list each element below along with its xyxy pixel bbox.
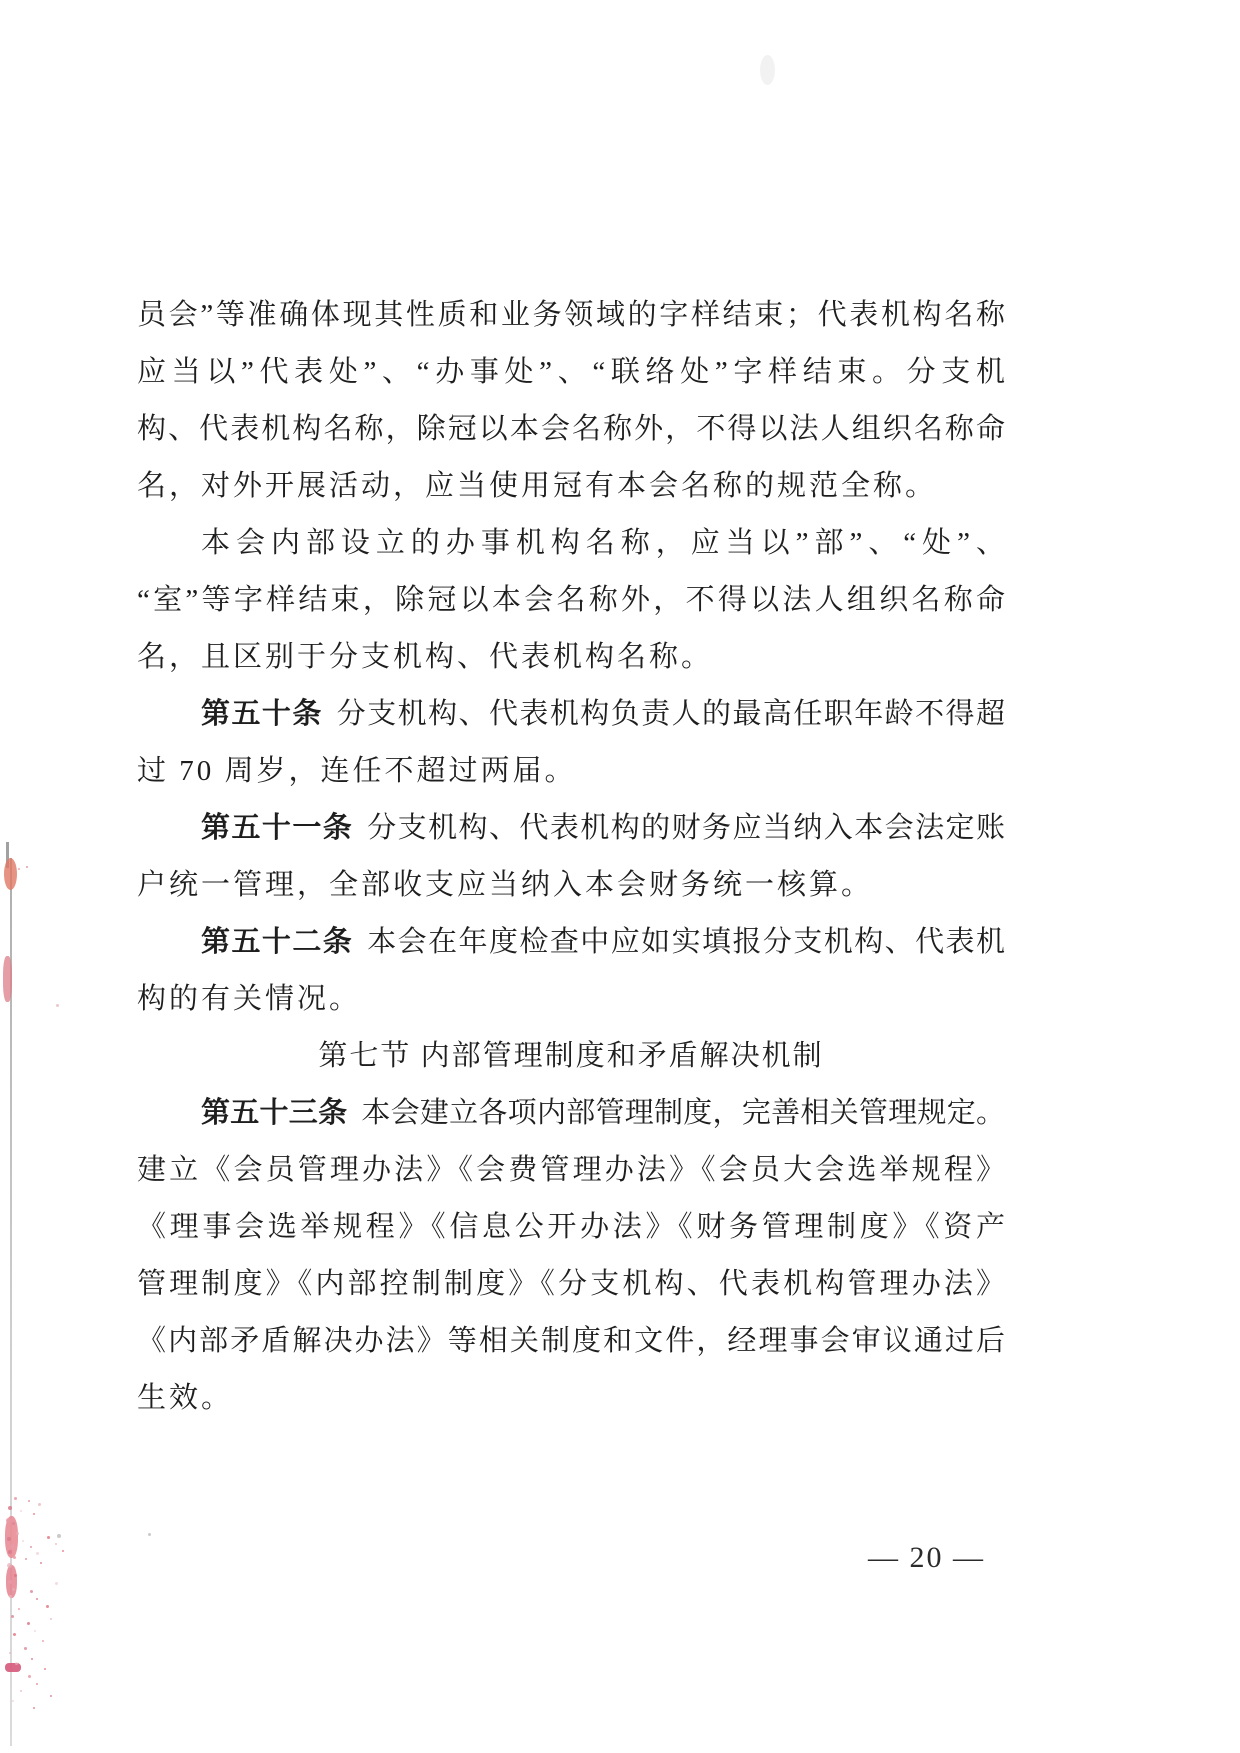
scan-speckle (8, 1506, 12, 1510)
scan-speckle (12, 1522, 15, 1525)
scan-speckle (18, 868, 20, 870)
article-number: 第五十三条 (201, 1097, 347, 1129)
scan-speckle (30, 1546, 32, 1548)
scan-speckle (24, 1647, 27, 1650)
scan-speckle (47, 1536, 50, 1539)
scan-dust (148, 1533, 151, 1536)
text-line: 《理事会选举规程》《信息公开办法》《财务管理制度》《资产 (137, 1199, 1005, 1256)
line-text: 本会在年度检查中应如实填报分支机构、代表机 (367, 926, 1005, 958)
article-number: 第五十二条 (201, 926, 353, 958)
scan-speckle (26, 866, 28, 868)
text-line: 《内部矛盾解决办法》等相关制度和文件，经理事会审议通过后 (137, 1313, 1005, 1370)
article-number: 第五十条 (201, 698, 323, 730)
scan-speckle (38, 1503, 41, 1506)
text-line: 第五十三条本会建立各项内部管理制度，完善相关管理规定。 (137, 1085, 1005, 1142)
section-heading: 第七节 内部管理制度和矛盾解决机制 (137, 1028, 1005, 1085)
scan-speckle (20, 1690, 22, 1692)
text-line: “室”等字样结束，除冠以本会名称外，不得以法人组织名称命 (137, 572, 1005, 629)
scan-speckle (7, 1537, 11, 1541)
scan-speckle (46, 1605, 49, 1608)
scan-speckle (8, 1580, 12, 1584)
line-text: 名，对外开展活动，应当使用冠有本会名称的规范全称。 (137, 470, 937, 502)
line-text: 《内部矛盾解决办法》等相关制度和文件，经理事会审议通过后 (137, 1325, 1005, 1357)
line-text: 第七节 内部管理制度和矛盾解决机制 (318, 1040, 823, 1072)
scan-stain (3, 956, 12, 1002)
line-text: 生效。 (137, 1382, 233, 1414)
line-text: 构、代表机构名称，除冠以本会名称外，不得以法人组织名称命 (137, 413, 1005, 445)
scan-speckle (33, 1707, 35, 1709)
document-page: 员会”等准确体现其性质和业务领域的字样结束；代表机构名称应当以”代表处”、“办事… (0, 0, 1240, 1753)
article-number: 第五十一条 (201, 812, 353, 844)
scan-stain (4, 858, 17, 890)
scan-speckle (30, 1590, 33, 1593)
text-line: 第五十二条本会在年度检查中应如实填报分支机构、代表机 (137, 914, 1005, 971)
text-line: 生效。 (137, 1370, 1005, 1427)
text-line: 本会内部设立的办事机构名称，应当以”部”、“处”、 (137, 515, 1005, 572)
text-line: 第五十条分支机构、代表机构负责人的最高任职年龄不得超 (137, 686, 1005, 743)
scan-speckle (56, 1004, 59, 1007)
scan-speckle (22, 1540, 24, 1542)
text-line: 过 70 周岁，连任不超过两届。 (137, 743, 1005, 800)
scan-speckle (9, 1652, 11, 1654)
line-text: “室”等字样结束，除冠以本会名称外，不得以法人组织名称命 (137, 584, 1005, 616)
scan-speckle (50, 1618, 52, 1620)
scan-speckle (6, 1518, 11, 1523)
text-line: 户统一管理，全部收支应当纳入本会财务统一核算。 (137, 857, 1005, 914)
scan-speckle (16, 1532, 19, 1535)
scan-speckle (50, 1695, 52, 1697)
line-text: 《理事会选举规程》《信息公开办法》《财务管理制度》《资产 (137, 1211, 1005, 1243)
line-text: 构的有关情况。 (137, 983, 361, 1015)
scan-smudge (760, 55, 775, 85)
text-line: 应当以”代表处”、“办事处”、“联络处”字样结束。分支机 (137, 344, 1005, 401)
scan-speckle (18, 1608, 20, 1610)
scan-stain (5, 1663, 21, 1672)
line-text: 过 70 周岁，连任不超过两届。 (137, 755, 577, 787)
text-line: 第五十一条分支机构、代表机构的财务应当纳入本会法定账 (137, 800, 1005, 857)
text-line: 名，且区别于分支机构、代表机构名称。 (137, 629, 1005, 686)
scan-speckle (8, 1550, 12, 1554)
page-number: — 20 — (868, 1541, 1008, 1575)
line-text: 户统一管理，全部收支应当纳入本会财务统一核算。 (137, 869, 873, 901)
scan-speckle (33, 1513, 35, 1515)
scan-speckle (12, 1700, 14, 1702)
scan-speckle (40, 1562, 42, 1564)
scan-speckle (55, 1543, 57, 1545)
scan-speckle (13, 1556, 16, 1559)
text-line: 建立《会员管理办法》《会费管理办法》《会员大会选举规程》 (137, 1142, 1005, 1199)
scan-speckle (55, 1582, 58, 1585)
text-line: 构、代表机构名称，除冠以本会名称外，不得以法人组织名称命 (137, 401, 1005, 458)
scan-speckle (20, 1510, 22, 1512)
line-text: 分支机构、代表机构负责人的最高任职年龄不得超 (337, 698, 1005, 730)
line-text: 本会建立各项内部管理制度，完善相关管理规定。 (361, 1097, 1005, 1129)
scan-dust (57, 1534, 61, 1538)
scan-speckle (11, 1615, 14, 1618)
scan-speckle (28, 1500, 30, 1502)
scan-speckle (27, 1622, 30, 1625)
scan-speckle (9, 1595, 12, 1598)
scan-speckle (7, 1563, 12, 1568)
line-text: 分支机构、代表机构的财务应当纳入本会法定账 (367, 812, 1005, 844)
line-text: 建立《会员管理办法》《会费管理办法》《会员大会选举规程》 (137, 1154, 1005, 1186)
scan-speckle (36, 1552, 39, 1555)
scan-speckle (14, 1497, 17, 1500)
scan-speckle (28, 1675, 31, 1678)
line-text: 名，且区别于分支机构、代表机构名称。 (137, 641, 713, 673)
scan-speckle (13, 1633, 16, 1636)
line-text: 管理制度》《内部控制制度》《分支机构、代表机构管理办法》 (137, 1268, 1005, 1300)
scan-speckle (36, 1598, 38, 1600)
scan-speckle (15, 1662, 18, 1665)
scan-speckle (44, 1668, 46, 1670)
scan-speckle (34, 1630, 36, 1632)
document-lines: 员会”等准确体现其性质和业务领域的字样结束；代表机构名称应当以”代表处”、“办事… (137, 287, 1005, 1427)
scan-speckle (62, 1550, 64, 1552)
text-line: 员会”等准确体现其性质和业务领域的字样结束；代表机构名称 (137, 287, 1005, 344)
scan-speckle (10, 1544, 15, 1549)
text-line: 名，对外开展活动，应当使用冠有本会名称的规范全称。 (137, 458, 1005, 515)
scan-speckle (36, 1683, 38, 1685)
line-text: 员会”等准确体现其性质和业务领域的字样结束；代表机构名称 (137, 299, 1005, 331)
scan-speckle (12, 1588, 15, 1591)
scan-speckle (25, 1558, 27, 1560)
scan-speckle (42, 1640, 44, 1642)
scan-speckle (14, 1574, 17, 1577)
line-text: 本会内部设立的办事机构名称，应当以”部”、“处”、 (201, 527, 1005, 559)
scan-speckle (31, 1658, 33, 1660)
line-text: 应当以”代表处”、“办事处”、“联络处”字样结束。分支机 (137, 356, 1005, 388)
text-line: 构的有关情况。 (137, 971, 1005, 1028)
text-line: 管理制度》《内部控制制度》《分支机构、代表机构管理办法》 (137, 1256, 1005, 1313)
